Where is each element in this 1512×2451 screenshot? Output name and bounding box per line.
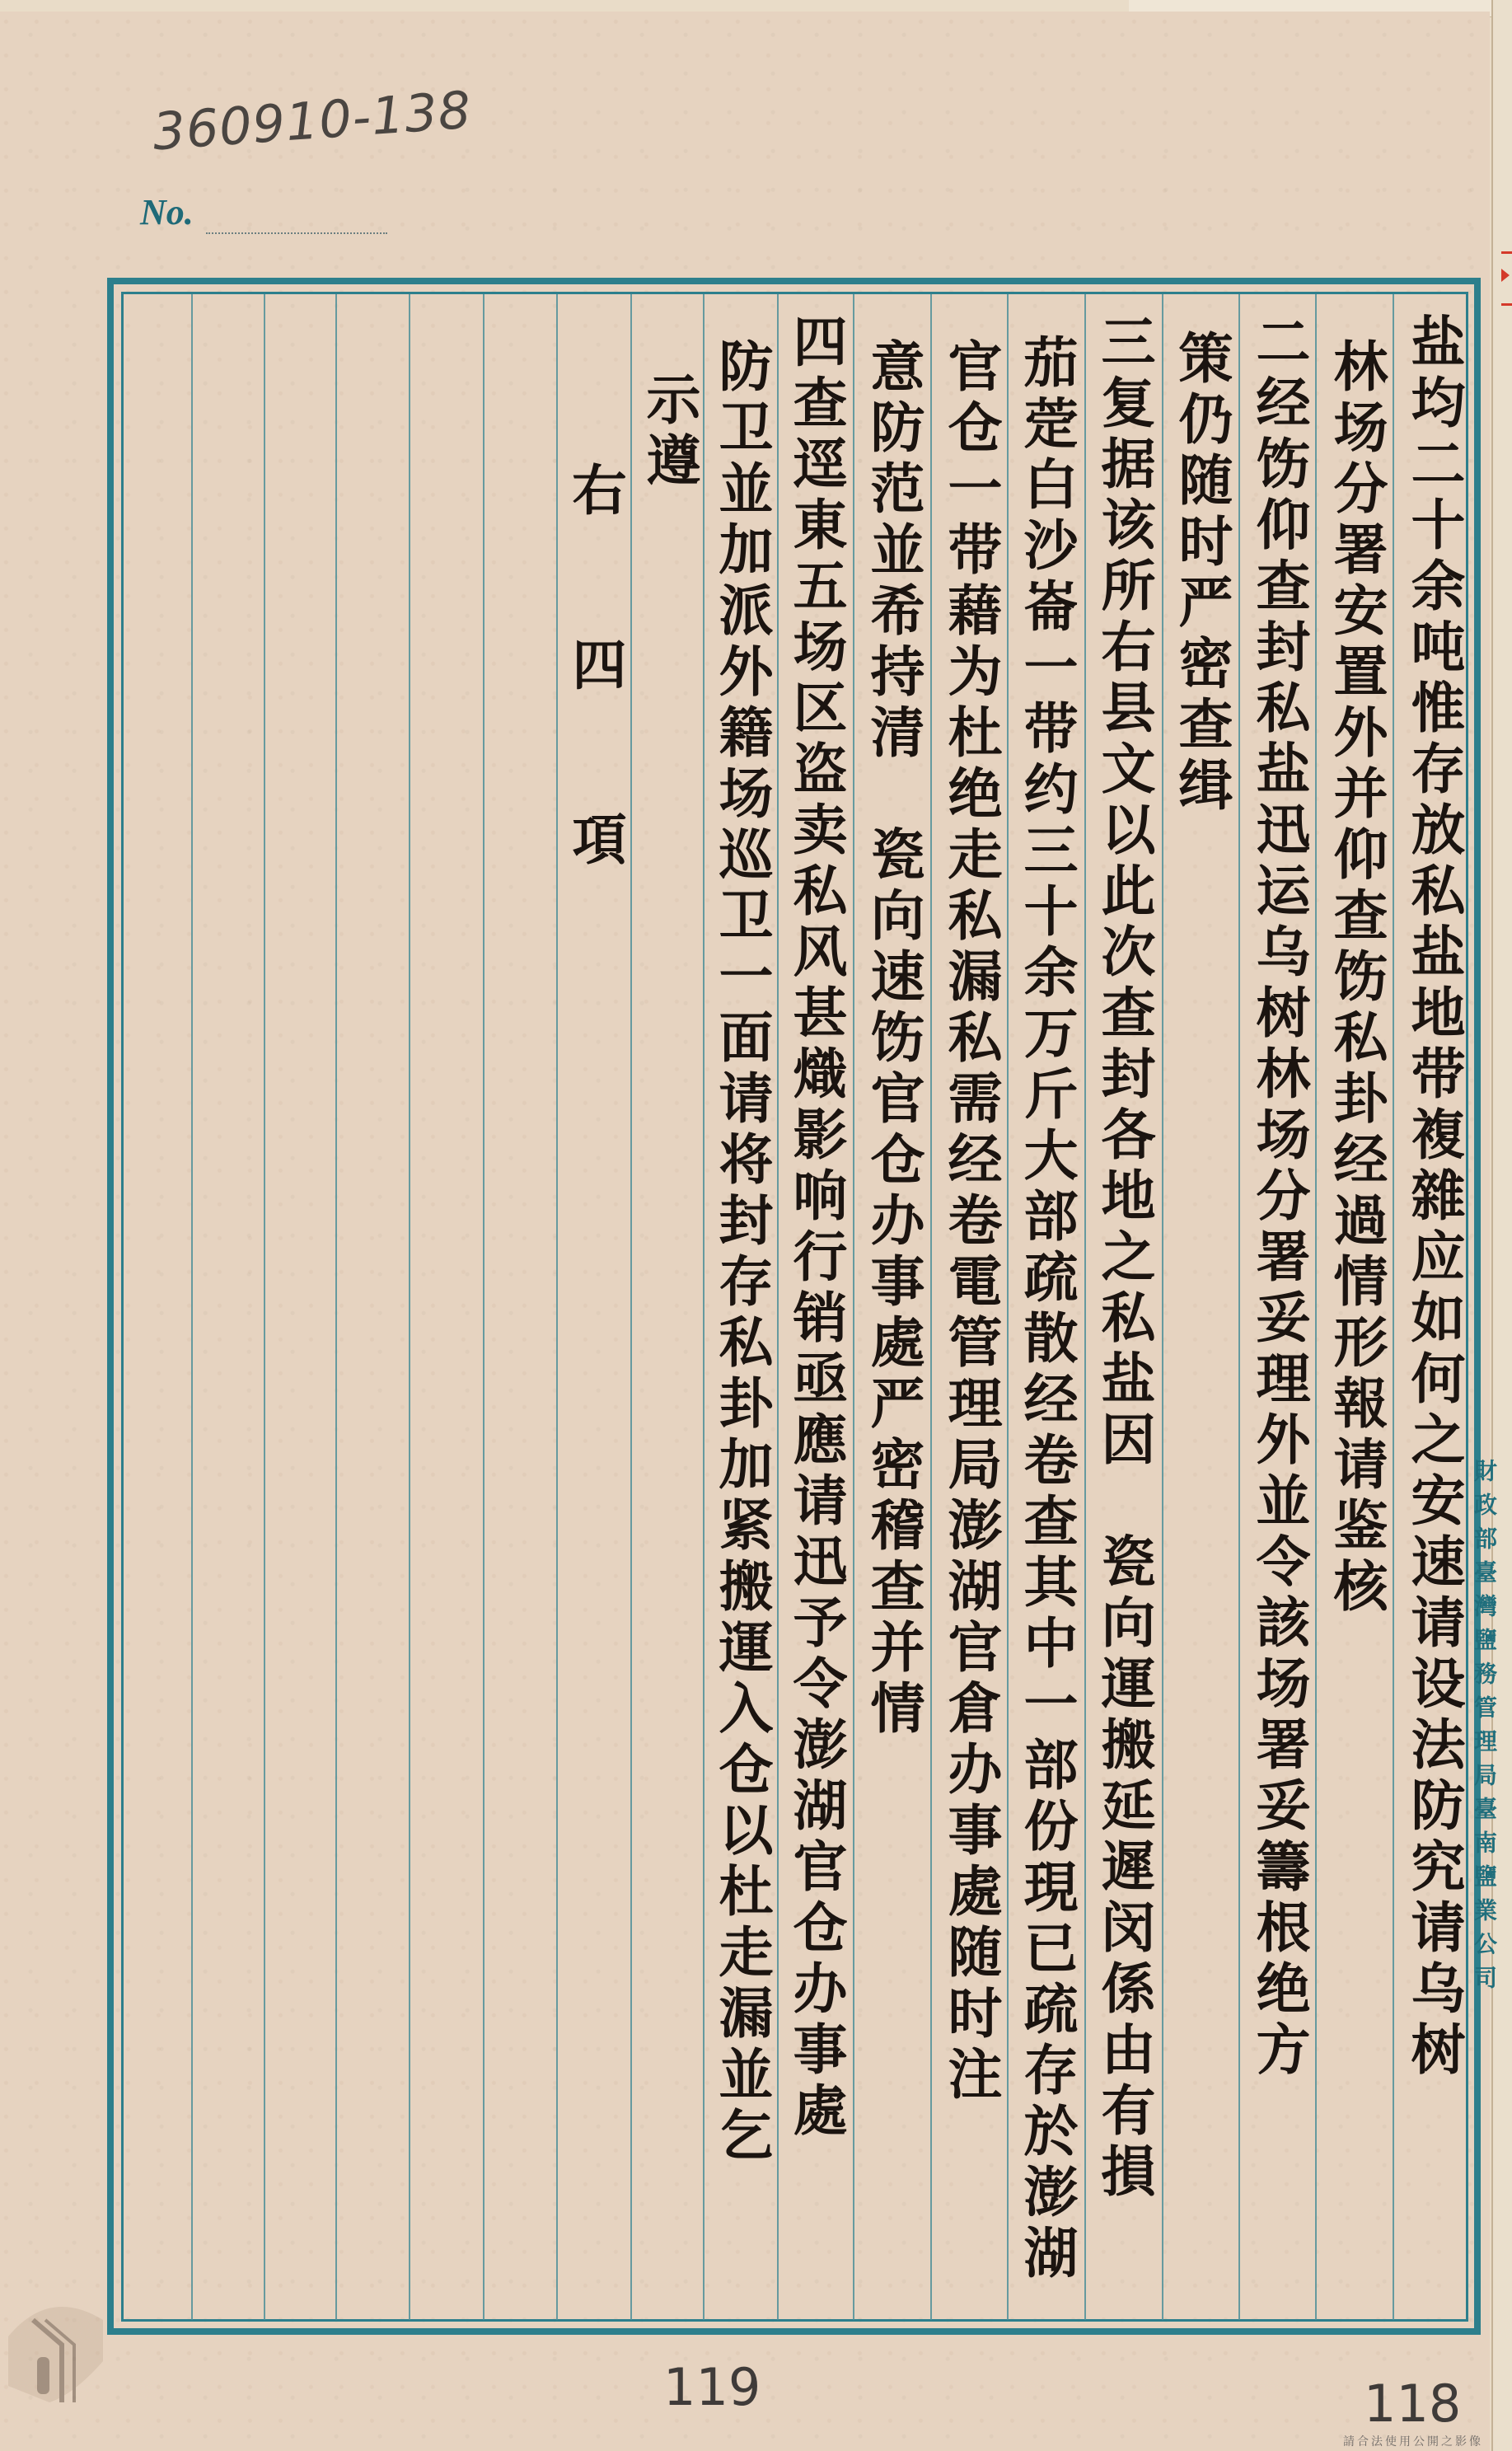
- archive-book-icon: [0, 2287, 107, 2402]
- column-rule: [335, 294, 337, 2320]
- column-rule: [703, 294, 705, 2320]
- text-column-7: 官仓一带藉为杜绝走私漏私需经卷電管理局澎湖官倉办事處随时注: [938, 338, 1004, 2107]
- page-number-118: 118: [1364, 2374, 1461, 2434]
- column-rule: [1238, 294, 1240, 2320]
- column-rule: [264, 294, 265, 2320]
- text-column-9: 四查逕東五场区盗卖私风甚熾影响行销亟應请迅予令澎湖官仓办事處: [783, 313, 849, 2143]
- text-column-5: 三复据该所右县文以此次查封各地之私盐因 瓷向運搬延遲闵係由有損: [1091, 313, 1157, 2204]
- text-column-1: 盐均二十余吨惟存放私盐地带複雜应如何之安速请设法防究请乌树: [1401, 313, 1467, 2082]
- column-rule: [1393, 294, 1394, 2320]
- text-column-3: 二经饬仰查封私盐迅运乌树林场分署妥理外並令該场署妥籌根绝方: [1246, 313, 1312, 2082]
- text-column-10: 防卫並加派外籍场巡卫一面请将封存私卦加紧搬運入仓以杜走漏並乞: [709, 338, 775, 2167]
- column-rule: [191, 294, 193, 2320]
- organization-side-stamp: 財政部臺灣鹽務管理局臺南鹽業公司: [1472, 1459, 1496, 1999]
- text-column-2: 林场分署安置外并仰查饬私卦经過情形報请鉴核: [1323, 338, 1389, 1619]
- column-rule: [853, 294, 854, 2320]
- column-rule: [1084, 294, 1086, 2320]
- column-rule: [1162, 294, 1163, 2320]
- column-rule: [1007, 294, 1009, 2320]
- text-column-8: 意防范並希持清 瓷向速饬官仓办事處严密稽查并情: [860, 338, 926, 1741]
- page-number-119: 119: [663, 2357, 761, 2417]
- column-rule: [930, 294, 932, 2320]
- column-rule: [1315, 294, 1317, 2320]
- column-rule: [483, 294, 484, 2320]
- column-rule: [630, 294, 632, 2320]
- no-label: No.: [140, 191, 194, 233]
- underlying-page-strip: [1491, 0, 1512, 2451]
- text-column-6: 茄萣白沙崙一带约三十余万斤大部疏散经卷查其中一部份現已疏存於澎湖: [1013, 334, 1079, 2285]
- column-rule: [777, 294, 779, 2320]
- column-rule: [556, 294, 558, 2320]
- no-field-line: [206, 232, 387, 234]
- usage-watermark: 請合法使用公開之影像: [1343, 2433, 1483, 2449]
- column-rule: [409, 294, 410, 2320]
- red-stamp-fragment: [1501, 251, 1512, 306]
- text-column-12: 右 四 項: [562, 462, 628, 898]
- text-column-11: 示遵: [636, 371, 702, 493]
- text-column-4: 策仍随时严密查缉: [1168, 330, 1234, 818]
